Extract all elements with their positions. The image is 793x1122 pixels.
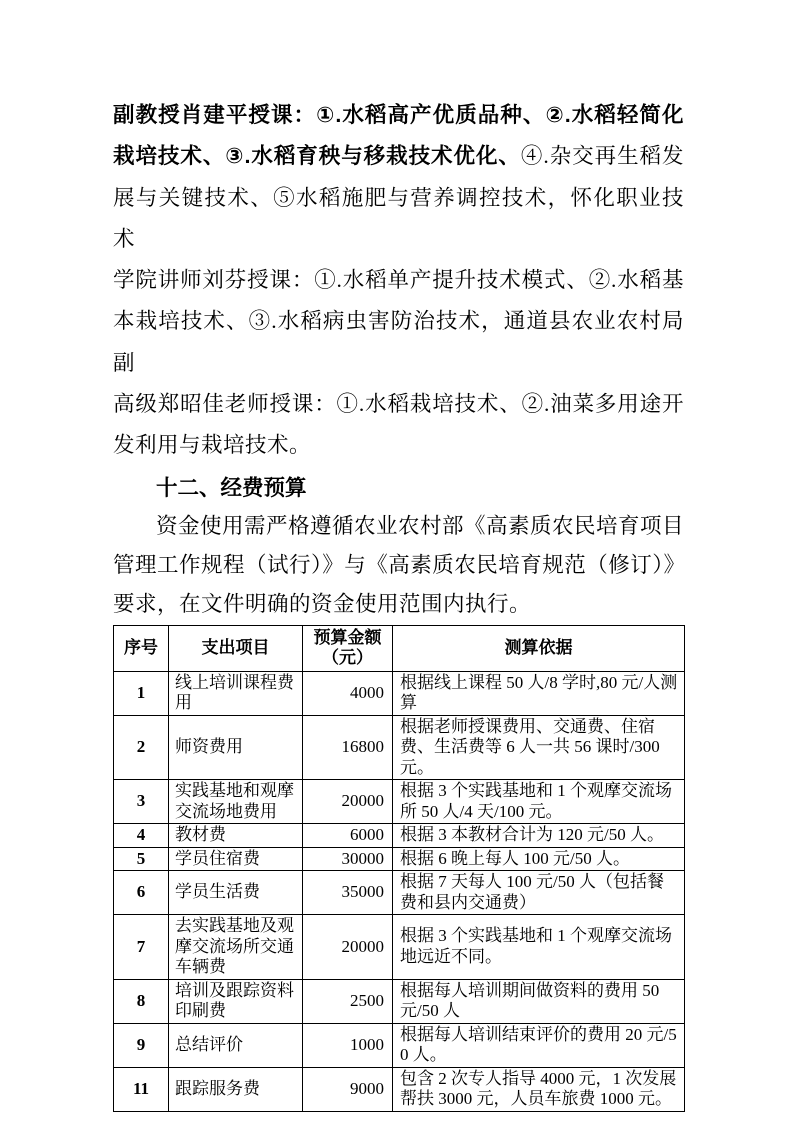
table-row: 4教材费6000根据 3 本教材合计为 120 元/50 人。: [114, 824, 685, 848]
cell-no: 8: [114, 979, 169, 1023]
table-row: 2师资费用16800根据老师授课费用、交通费、住宿费、生活费等 6 人一共 56…: [114, 715, 685, 780]
table-row: 7去实践基地及观摩交流场所交通车辆费20000根据 3 个实践基地和 1 个观摩…: [114, 915, 685, 980]
cell-basis: 根据 3 个实践基地和 1 个观摩交流场所 50 人/4 天/100 元。: [393, 780, 685, 824]
column-header: 支出项目: [169, 625, 303, 671]
table-row: 9总结评价1000根据每人培训结束评价的费用 20 元/50 人。: [114, 1023, 685, 1067]
cell-item: 师资费用: [169, 715, 303, 780]
paragraph-lecturers: 副教授肖建平授课：①.水稻高产优质品种、②.水稻轻简化栽培技术、③.水稻育秧与移…: [113, 95, 684, 467]
cell-basis: 根据老师授课费用、交通费、住宿费、生活费等 6 人一共 56 课时/300 元。: [393, 715, 685, 780]
cell-no: 5: [114, 847, 169, 871]
cell-basis: 根据 3 个实践基地和 1 个观摩交流场地远近不同。: [393, 915, 685, 980]
cell-item: 总结评价: [169, 1023, 303, 1067]
text-segment: 副教授肖建平授课：①.水稻高产优质品种、②.水稻轻简化: [113, 103, 684, 127]
table-row: 3实践基地和观摩交流场地费用20000根据 3 个实践基地和 1 个观摩交流场所…: [114, 780, 685, 824]
cell-amount: 30000: [303, 847, 393, 871]
cell-item: 线上培训课程费用: [169, 671, 303, 715]
document-page: 副教授肖建平授课：①.水稻高产优质品种、②.水稻轻简化栽培技术、③.水稻育秧与移…: [0, 0, 793, 1122]
cell-amount: 20000: [303, 915, 393, 980]
cell-basis: 根据 6 晚上每人 100 元/50 人。: [393, 847, 685, 871]
column-header: 测算依据: [393, 625, 685, 671]
text-line: 学院讲师刘芬授课：①.水稻单产提升技术模式、②.水稻基: [113, 260, 684, 301]
cell-amount: 4000: [303, 671, 393, 715]
cell-amount: 16800: [303, 715, 393, 780]
cell-basis: 根据每人培训期间做资料的费用 50 元/50 人: [393, 979, 685, 1023]
cell-item: 去实践基地及观摩交流场所交通车辆费: [169, 915, 303, 980]
column-header: 预算金额（元）: [303, 625, 393, 671]
cell-amount: 6000: [303, 824, 393, 848]
cell-no: 7: [114, 915, 169, 980]
text-line: 副教授肖建平授课：①.水稻高产优质品种、②.水稻轻简化: [113, 95, 684, 136]
text-segment: 高级郑昭佳老师授课：①.水稻栽培技术、②.油菜多用途开: [113, 392, 684, 416]
budget-table: 序号支出项目预算金额（元）测算依据 1线上培训课程费用4000根据线上课程 50…: [113, 625, 685, 1112]
text-segment: 栽培技术、③.水稻育秧与移栽技术优化、: [113, 144, 521, 168]
cell-no: 11: [114, 1067, 169, 1111]
section-heading: 十二、经费预算: [113, 469, 684, 507]
cell-amount: 20000: [303, 780, 393, 824]
text-line: 栽培技术、③.水稻育秧与移栽技术优化、④.杂交再生稻发: [113, 136, 684, 177]
table-row: 11跟踪服务费9000包含 2 次专人指导 4000 元，1 次发展帮扶 300…: [114, 1067, 685, 1111]
cell-basis: 根据 3 本教材合计为 120 元/50 人。: [393, 824, 685, 848]
text-segment: 发利用与栽培技术。: [113, 433, 311, 457]
cell-amount: 35000: [303, 871, 393, 915]
text-line: 要求，在文件明确的资金使用范围内执行。: [113, 585, 684, 624]
text-line: 资金使用需严格遵循农业农村部《高素质农民培育项目: [113, 507, 684, 546]
text-segment: ④.杂交再生稻发: [521, 144, 684, 168]
cell-item: 教材费: [169, 824, 303, 848]
cell-amount: 1000: [303, 1023, 393, 1067]
text-line: 展与关键技术、⑤水稻施肥与营养调控技术，怀化职业技术: [113, 178, 684, 261]
cell-amount: 9000: [303, 1067, 393, 1111]
table-row: 8培训及跟踪资料印刷费2500根据每人培训期间做资料的费用 50 元/50 人: [114, 979, 685, 1023]
budget-table-body: 1线上培训课程费用4000根据线上课程 50 人/8 学时,80 元/人测算2师…: [114, 671, 685, 1111]
cell-amount: 2500: [303, 979, 393, 1023]
cell-item: 学员住宿费: [169, 847, 303, 871]
cell-no: 2: [114, 715, 169, 780]
cell-no: 1: [114, 671, 169, 715]
cell-item: 培训及跟踪资料印刷费: [169, 979, 303, 1023]
cell-no: 4: [114, 824, 169, 848]
paragraph-funding-rules: 资金使用需严格遵循农业农村部《高素质农民培育项目管理工作规程（试行）》与《高素质…: [113, 507, 684, 624]
column-header: 序号: [114, 625, 169, 671]
table-row: 6学员生活费35000根据 7 天每人 100 元/50 人（包括餐费和县内交通…: [114, 871, 685, 915]
cell-item: 跟踪服务费: [169, 1067, 303, 1111]
text-segment: 本栽培技术、③.水稻病虫害防治技术，通道县农业农村局副: [113, 309, 684, 374]
budget-table-header: 序号支出项目预算金额（元）测算依据: [114, 625, 685, 671]
text-line: 高级郑昭佳老师授课：①.水稻栽培技术、②.油菜多用途开: [113, 384, 684, 425]
text-segment: 学院讲师刘芬授课：①.水稻单产提升技术模式、②.水稻基: [113, 268, 684, 292]
text-line: 本栽培技术、③.水稻病虫害防治技术，通道县农业农村局副: [113, 301, 684, 384]
table-header-row: 序号支出项目预算金额（元）测算依据: [114, 625, 685, 671]
text-line: 管理工作规程（试行）》与《高素质农民培育规范（修订）》: [113, 546, 684, 585]
cell-basis: 根据每人培训结束评价的费用 20 元/50 人。: [393, 1023, 685, 1067]
table-row: 5学员住宿费30000根据 6 晚上每人 100 元/50 人。: [114, 847, 685, 871]
cell-basis: 根据线上课程 50 人/8 学时,80 元/人测算: [393, 671, 685, 715]
cell-item: 学员生活费: [169, 871, 303, 915]
text-line: 发利用与栽培技术。: [113, 425, 684, 466]
cell-no: 3: [114, 780, 169, 824]
text-segment: 展与关键技术、⑤水稻施肥与营养调控技术，怀化职业技术: [113, 186, 684, 251]
cell-item: 实践基地和观摩交流场地费用: [169, 780, 303, 824]
cell-no: 6: [114, 871, 169, 915]
cell-basis: 包含 2 次专人指导 4000 元，1 次发展帮扶 3000 元，人员车旅费 1…: [393, 1067, 685, 1111]
table-row: 1线上培训课程费用4000根据线上课程 50 人/8 学时,80 元/人测算: [114, 671, 685, 715]
cell-basis: 根据 7 天每人 100 元/50 人（包括餐费和县内交通费）: [393, 871, 685, 915]
cell-no: 9: [114, 1023, 169, 1067]
